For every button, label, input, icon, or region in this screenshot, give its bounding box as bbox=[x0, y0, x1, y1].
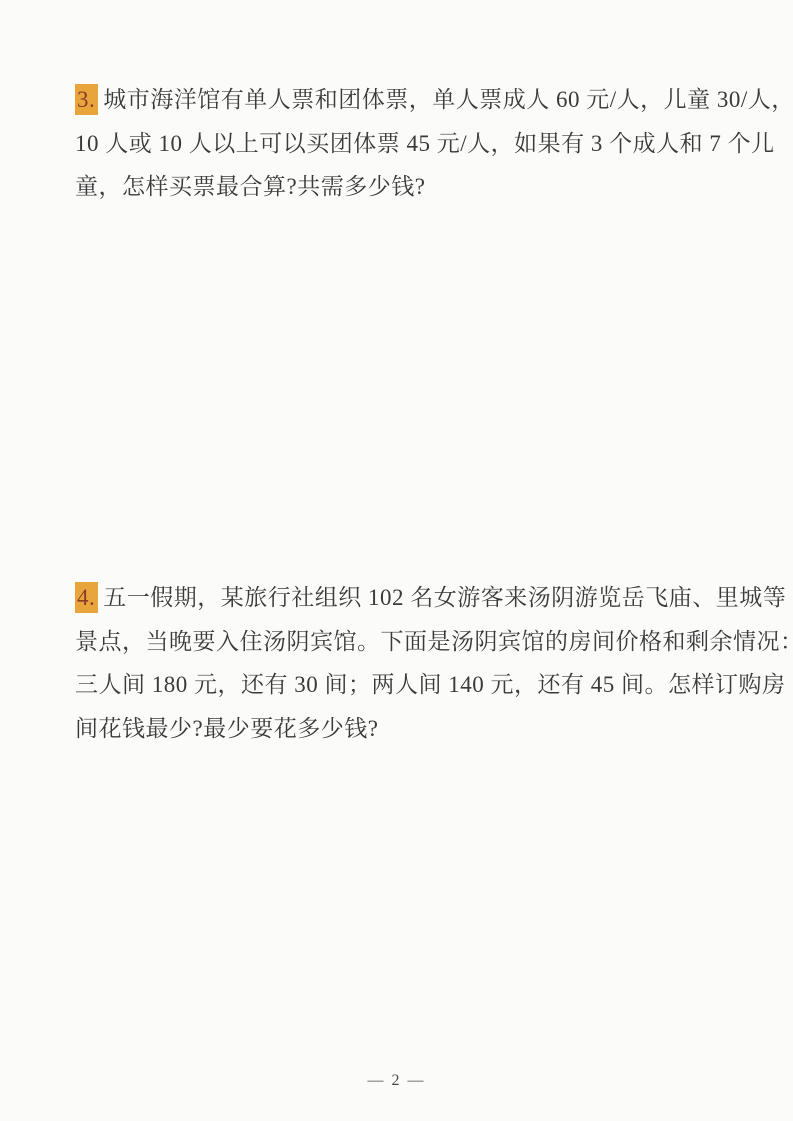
problem-3-number-highlight: 3. bbox=[75, 84, 98, 115]
problem-4: 4.五一假期，某旅行社组织 102 名女游客来汤阴游览岳飞庙、里城等 景点，当晚… bbox=[75, 576, 723, 750]
worksheet-page: 3.城市海洋馆有单人票和团体票，单人票成人 60 元/人，儿童 30/人， 10… bbox=[0, 0, 793, 1121]
problem-3-line-2: 10 人或 10 人以上可以买团体票 45 元/人，如果有 3 个成人和 7 个… bbox=[75, 122, 723, 166]
problem-3: 3.城市海洋馆有单人票和团体票，单人票成人 60 元/人，儿童 30/人， 10… bbox=[75, 78, 723, 209]
problem-3-line-1: 城市海洋馆有单人票和团体票，单人票成人 60 元/人，儿童 30/人， bbox=[103, 87, 793, 112]
page-footer: — 2 — bbox=[0, 1072, 793, 1090]
problem-4-line-3: 三人间 180 元，还有 30 间；两人间 140 元，还有 45 间。怎样订购… bbox=[75, 663, 723, 707]
text-line: 3.城市海洋馆有单人票和团体票，单人票成人 60 元/人，儿童 30/人， bbox=[75, 78, 723, 122]
problem-4-line-1: 五一假期，某旅行社组织 102 名女游客来汤阴游览岳飞庙、里城等 bbox=[103, 585, 786, 610]
problem-4-line-4: 间花钱最少?最少要花多少钱? bbox=[75, 707, 723, 751]
problem-3-line-3: 童，怎样买票最合算?共需多少钱? bbox=[75, 165, 723, 209]
problem-4-number-highlight: 4. bbox=[75, 582, 98, 613]
problem-4-line-2: 景点，当晚要入住汤阴宾馆。下面是汤阴宾馆的房间价格和剩余情况： bbox=[75, 620, 723, 664]
text-line: 4.五一假期，某旅行社组织 102 名女游客来汤阴游览岳飞庙、里城等 bbox=[75, 576, 723, 620]
page-number: — 2 — bbox=[368, 1072, 426, 1089]
